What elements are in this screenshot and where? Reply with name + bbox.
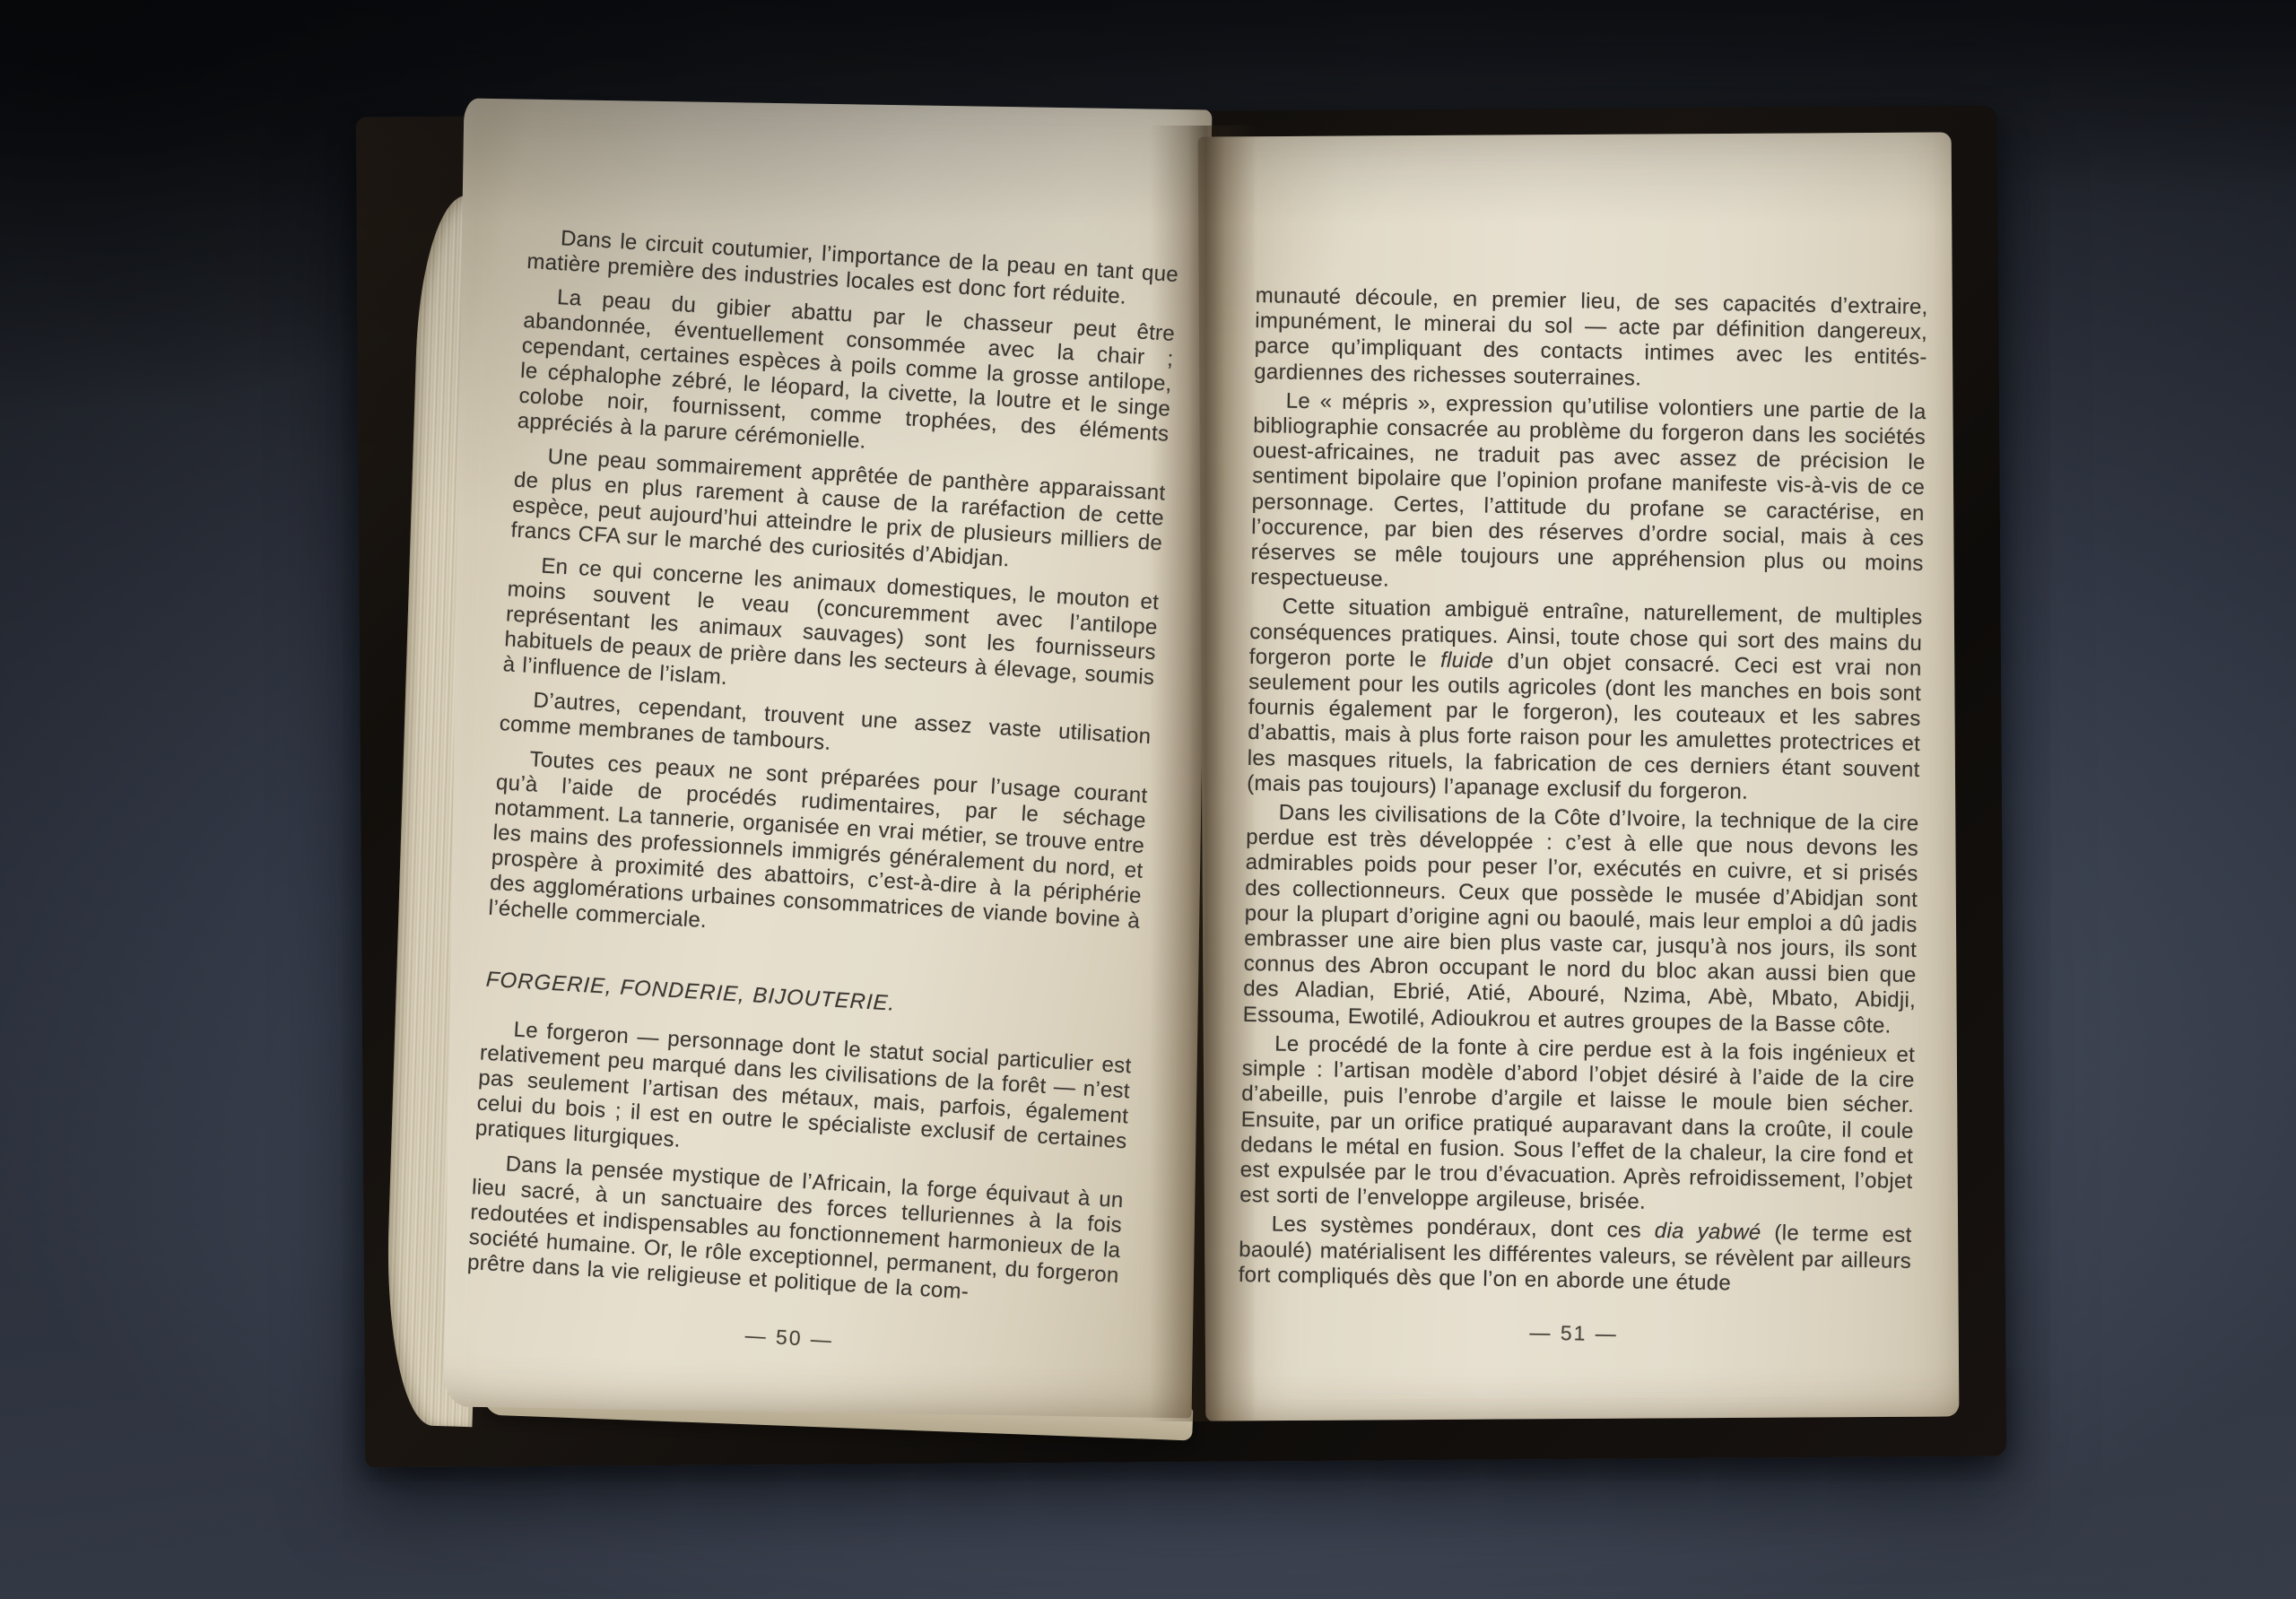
paragraph: Toutes ces peaux ne sont préparées pour …: [488, 745, 1148, 960]
paragraph: Le « mépris », expression qu’utilise vol…: [1250, 388, 1926, 603]
paragraph: La peau du gibier abattu par le chasseur…: [517, 283, 1176, 473]
paragraph: Dans les civilisations de la Côte d’Ivoi…: [1243, 800, 1919, 1039]
photo-scene: Dans le circuit coutumier, l’importance …: [0, 0, 2296, 1599]
right-page-text-flow: munauté découle, en premier lieu, de ses…: [1238, 283, 1927, 1299]
paragraph: munauté découle, en premier lieu, de ses…: [1254, 283, 1928, 396]
paragraph: Le procédé de la fonte à cire perdue est…: [1239, 1031, 1915, 1220]
left-page-text-flow: Dans le circuit coutumier, l’importance …: [466, 224, 1178, 1314]
right-page-text: munauté découle, en premier lieu, de ses…: [1237, 283, 1927, 1351]
paragraph: Les systèmes pondéraux, dont ces dia yab…: [1238, 1212, 1911, 1299]
paragraph: Cette situation ambiguë entraîne, nature…: [1247, 594, 1923, 808]
left-page-text: Dans le circuit coutumier, l’importance …: [464, 224, 1179, 1369]
paragraph: Dans la pensée mystique de l’Africain, l…: [466, 1150, 1124, 1314]
